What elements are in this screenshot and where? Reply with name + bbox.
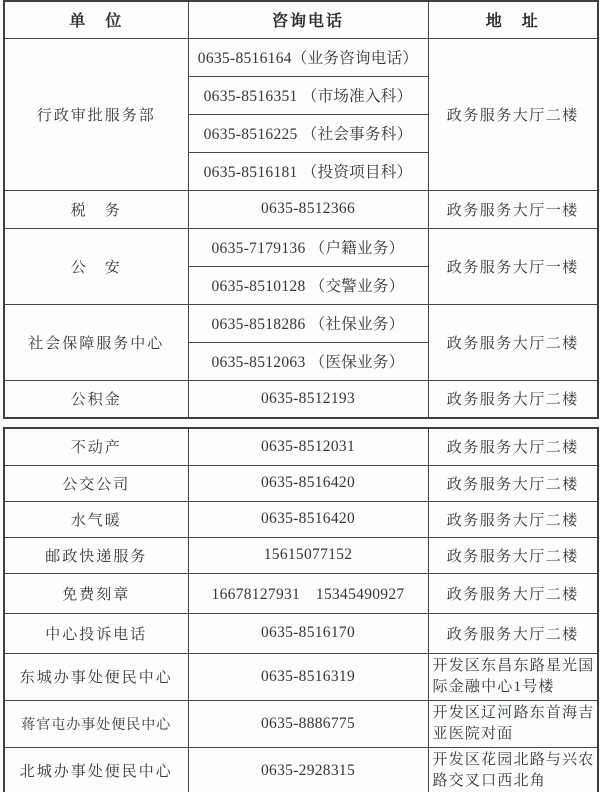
unit-cell: 蒋官屯办事处便民中心 bbox=[4, 700, 188, 747]
address-cell: 政务服务大厅二楼 bbox=[428, 501, 598, 537]
table-row: 北城办事处便民中心 0635-2928315 开发区花园北路与兴农路交叉口西北角 bbox=[4, 747, 598, 792]
unit-cell: 北城办事处便民中心 bbox=[4, 747, 188, 792]
phone-cell: 0635-8516181 （投资项目科） bbox=[188, 152, 428, 190]
phone-cell: 0635-8510128 （交警业务） bbox=[188, 266, 428, 304]
unit-cell: 中心投诉电话 bbox=[4, 613, 188, 653]
phone-cell: 0635-8512366 bbox=[188, 190, 428, 228]
table-row: 公交公司 0635-8516420 政务服务大厅二楼 bbox=[4, 465, 598, 501]
address-cell: 政务服务大厅二楼 bbox=[428, 537, 598, 573]
unit-cell: 税 务 bbox=[4, 190, 188, 228]
phone-cell: 0635-8516351 （市场准入科） bbox=[188, 76, 428, 114]
phone-cell: 0635-7179136 （户籍业务） bbox=[188, 228, 428, 266]
table-row: 免费刻章 16678127931 15345490927 政务服务大厅二楼 bbox=[4, 573, 598, 613]
phone-cell: 0635-8518286 （社保业务） bbox=[188, 304, 428, 342]
header-row: 单 位 咨询电话 地 址 bbox=[4, 1, 598, 38]
phone-cell: 0635-8516420 bbox=[188, 465, 428, 501]
table-row: 社会保障服务中心 0635-8518286 （社保业务） 政务服务大厅二楼 bbox=[4, 304, 598, 342]
table-row: 税 务 0635-8512366 政务服务大厅一楼 bbox=[4, 190, 598, 228]
table-row: 不动产 0635-8512031 政务服务大厅二楼 bbox=[4, 428, 598, 465]
phone-cell: 15615077152 bbox=[188, 537, 428, 573]
unit-cell: 公交公司 bbox=[4, 465, 188, 501]
col-header-phone: 咨询电话 bbox=[188, 1, 428, 38]
col-header-address: 地 址 bbox=[428, 1, 598, 38]
address-cell: 政务服务大厅二楼 bbox=[428, 613, 598, 653]
phone-cell: 0635-8516319 bbox=[188, 653, 428, 700]
unit-cell: 公积金 bbox=[4, 380, 188, 418]
directory-table-upper: 单 位 咨询电话 地 址 行政审批服务部 0635-8516164（业务咨询电话… bbox=[3, 0, 599, 419]
col-header-unit: 单 位 bbox=[4, 1, 188, 38]
table-row: 东城办事处便民中心 0635-8516319 开发区东昌东路星光国际金融中心1号… bbox=[4, 653, 598, 700]
phone-cell: 0635-8512031 bbox=[188, 428, 428, 465]
phone-cell: 0635-2928315 bbox=[188, 747, 428, 792]
address-cell: 开发区花园北路与兴农路交叉口西北角 bbox=[428, 747, 598, 792]
unit-cell: 免费刻章 bbox=[4, 573, 188, 613]
table-row: 邮政快递服务 15615077152 政务服务大厅二楼 bbox=[4, 537, 598, 573]
address-cell: 政务服务大厅二楼 bbox=[428, 465, 598, 501]
phone-cell: 0635-8512193 bbox=[188, 380, 428, 418]
address-cell: 政务服务大厅二楼 bbox=[428, 380, 598, 418]
address-cell: 政务服务大厅二楼 bbox=[428, 38, 598, 190]
address-cell: 政务服务大厅二楼 bbox=[428, 428, 598, 465]
phone-directory-page: 单 位 咨询电话 地 址 行政审批服务部 0635-8516164（业务咨询电话… bbox=[0, 0, 600, 792]
address-cell: 开发区东昌东路星光国际金融中心1号楼 bbox=[428, 653, 598, 700]
phone-cell: 0635-8516164（业务咨询电话） bbox=[188, 38, 428, 76]
table-row: 蒋官屯办事处便民中心 0635-8886775 开发区辽河路东首海吉亚医院对面 bbox=[4, 700, 598, 747]
address-cell: 政务服务大厅一楼 bbox=[428, 190, 598, 228]
unit-cell: 公 安 bbox=[4, 228, 188, 304]
address-cell: 政务服务大厅二楼 bbox=[428, 304, 598, 380]
unit-cell: 东城办事处便民中心 bbox=[4, 653, 188, 700]
table-row: 公 安 0635-7179136 （户籍业务） 政务服务大厅一楼 bbox=[4, 228, 598, 266]
phone-cell: 16678127931 15345490927 bbox=[188, 573, 428, 613]
phone-cell: 0635-8516225 （社会事务科） bbox=[188, 114, 428, 152]
unit-cell: 不动产 bbox=[4, 428, 188, 465]
address-cell: 政务服务大厅二楼 bbox=[428, 573, 598, 613]
table-row: 公积金 0635-8512193 政务服务大厅二楼 bbox=[4, 380, 598, 418]
unit-cell: 水气暖 bbox=[4, 501, 188, 537]
table-row: 水气暖 0635-8516420 政务服务大厅二楼 bbox=[4, 501, 598, 537]
phone-cell: 0635-8886775 bbox=[188, 700, 428, 747]
address-cell: 开发区辽河路东首海吉亚医院对面 bbox=[428, 700, 598, 747]
directory-table-lower: 不动产 0635-8512031 政务服务大厅二楼 公交公司 0635-8516… bbox=[3, 427, 599, 792]
unit-cell: 行政审批服务部 bbox=[4, 38, 188, 190]
phone-cell: 0635-8516170 bbox=[188, 613, 428, 653]
phone-cell: 0635-8516420 bbox=[188, 501, 428, 537]
address-cell: 政务服务大厅一楼 bbox=[428, 228, 598, 304]
phone-cell: 0635-8512063 （医保业务） bbox=[188, 342, 428, 380]
unit-cell: 社会保障服务中心 bbox=[4, 304, 188, 380]
table-row: 中心投诉电话 0635-8516170 政务服务大厅二楼 bbox=[4, 613, 598, 653]
unit-cell: 邮政快递服务 bbox=[4, 537, 188, 573]
table-row: 行政审批服务部 0635-8516164（业务咨询电话） 政务服务大厅二楼 bbox=[4, 38, 598, 76]
